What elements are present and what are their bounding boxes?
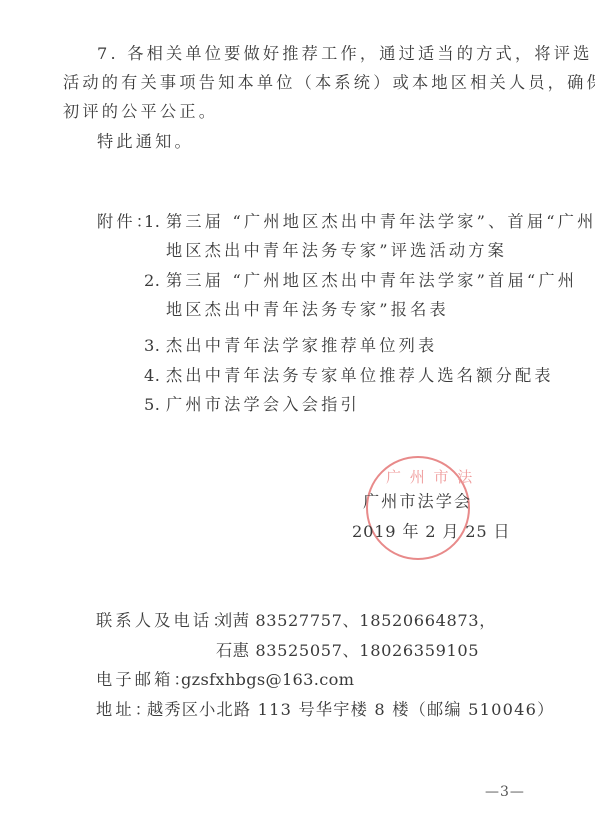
closing-text: 特此通知。 bbox=[97, 132, 194, 152]
attachment-3-num: 3. bbox=[144, 336, 160, 356]
seal-text: 广 州 市 法 bbox=[386, 466, 474, 487]
attachment-4-num: 4. bbox=[144, 366, 160, 386]
item7-line2: 活动的有关事项告知本单位（本系统）或本地区相关人员，确保 bbox=[63, 73, 595, 93]
signature-date: 2019 年 2 月 25 日 bbox=[352, 522, 510, 542]
attachment-5-num: 5. bbox=[144, 395, 160, 415]
contact-label: 联系人及电话： bbox=[96, 611, 232, 631]
attachment-2-num: 2. bbox=[144, 271, 160, 291]
attachment-5-line1: 广州市法学会入会指引 bbox=[166, 395, 360, 415]
attachment-1-line2: 地区杰出中青年法务专家”评选活动方案 bbox=[166, 241, 507, 261]
contact-person1: 刘茜 83527757、18520664873， bbox=[216, 611, 496, 631]
signature-org: 广州市法学会 bbox=[363, 492, 472, 512]
address-text: 越秀区小北路 113 号华宇楼 8 楼（邮编 510046） bbox=[147, 700, 555, 720]
page-number: —3— bbox=[485, 784, 525, 800]
attachment-1-line1: 第三届 “广州地区杰出中青年法学家”、首届“广州 bbox=[166, 212, 595, 232]
attachment-1-num: 1. bbox=[144, 212, 160, 232]
attachment-4-line1: 杰出中青年法务专家单位推荐人选名额分配表 bbox=[166, 366, 554, 386]
attachment-2-line1: 第三届 “广州地区杰出中青年法学家”首届“广州 bbox=[166, 271, 577, 291]
address-label: 地址： bbox=[96, 700, 154, 720]
email-address: gzsfxhbgs@163.com bbox=[181, 670, 354, 690]
item7-line1: 7. 各相关单位要做好推荐工作，通过适当的方式，将评选 bbox=[97, 44, 593, 64]
attachment-3-line1: 杰出中青年法学家推荐单位列表 bbox=[166, 336, 437, 356]
item7-line3: 初评的公平公正。 bbox=[63, 102, 218, 122]
attachment-2-line2: 地区杰出中青年法务专家”报名表 bbox=[166, 300, 449, 320]
contact-person2: 石惠 83525057、18026359105 bbox=[216, 641, 479, 661]
email-label: 电子邮箱： bbox=[96, 670, 193, 690]
